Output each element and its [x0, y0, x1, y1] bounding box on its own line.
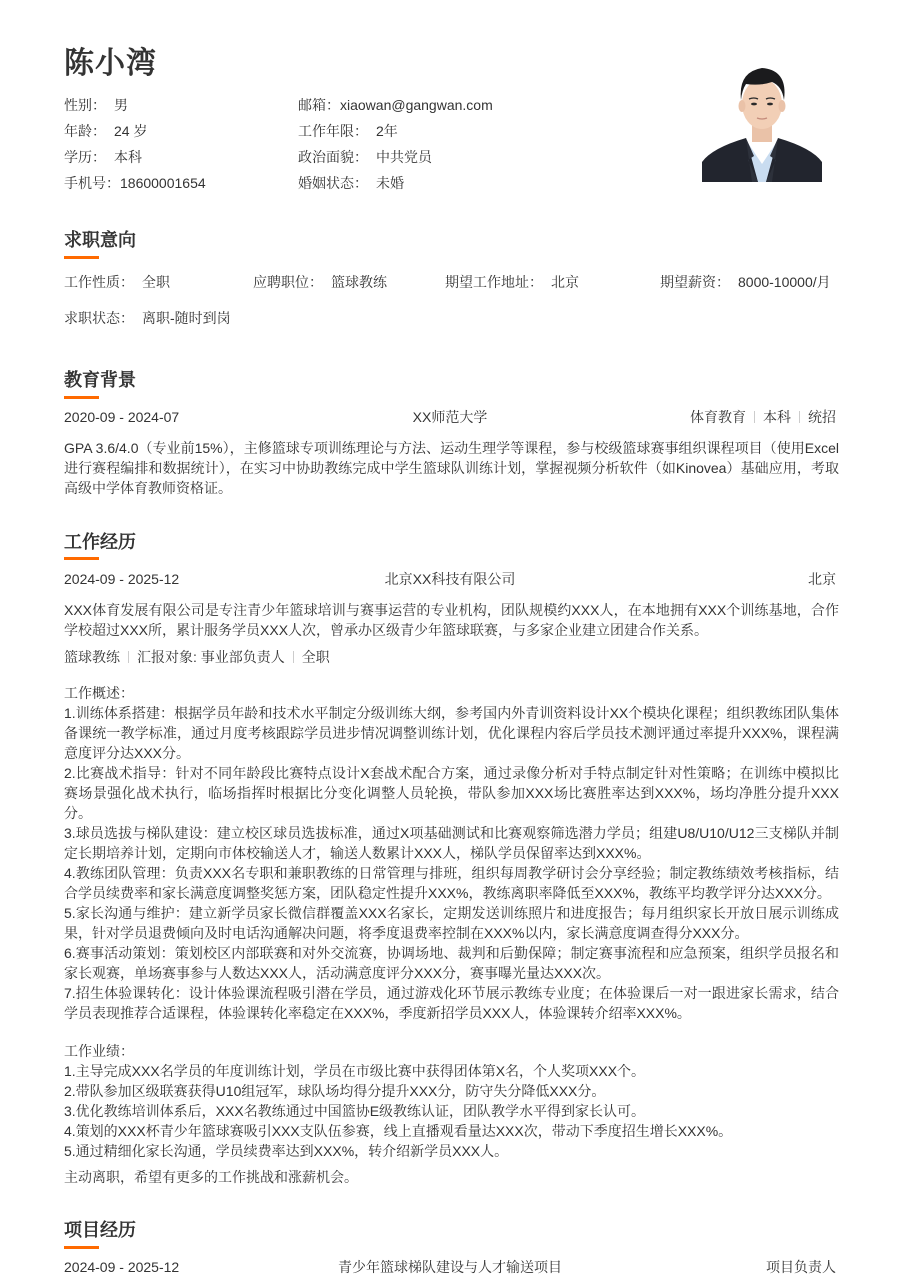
work-tag-report: 汇报对象: 事业部负责人	[137, 649, 285, 665]
intent-label: 求职状态：	[64, 310, 134, 326]
intent-label: 期望工作地址：	[445, 274, 543, 290]
info-work-years: 工作年限：2年	[298, 118, 398, 144]
info-gender: 性别：男	[64, 92, 128, 118]
profile-photo	[702, 52, 822, 182]
intent-value: 北京	[551, 274, 579, 290]
intent-value: 篮球教练	[331, 274, 387, 290]
info-label: 学历：	[64, 149, 106, 165]
company-description: XXX体育发展有限公司是专注青少年篮球培训与赛事运营的专业机构，团队规模约XXX…	[64, 600, 839, 640]
info-value: xiaowan@gangwan.com	[340, 97, 493, 113]
overview-item: 7.招生体验课转化：设计体验课流程吸引潜在学员，通过游戏化环节展示教练专业度；在…	[64, 983, 839, 1023]
overview-item: 6.赛事活动策划：策划校区内部联赛和对外交流赛，协调场地、裁判和后勤保障；制定赛…	[64, 943, 839, 983]
info-label: 婚姻状态：	[298, 175, 368, 191]
info-value: 男	[114, 97, 128, 113]
work-overview: 工作概述： 1.训练体系搭建：根据学员年龄和技术水平制定分级训练大纲，参考国内外…	[64, 683, 839, 1023]
overview-item: 2.比赛战术指导：针对不同年龄段比赛特点设计X套战术配合方案，通过录像分析对手特…	[64, 763, 839, 823]
info-value: 中共党员	[376, 149, 432, 165]
project-row: 2024-09 - 2025-12 青少年篮球梯队建设与人才输送项目 项目负责人	[64, 1256, 836, 1275]
info-value: 24 岁	[114, 123, 147, 139]
intent-label: 工作性质：	[64, 274, 134, 290]
leave-reason: 主动离职，希望有更多的工作挑战和涨薪机会。	[64, 1167, 839, 1187]
work-location: 北京	[808, 568, 836, 590]
info-education: 学历：本科	[64, 144, 142, 170]
section-title-education: 教育背景	[64, 366, 136, 392]
info-marital: 婚姻状态：未婚	[298, 170, 404, 196]
section-accent-bar	[64, 1246, 99, 1249]
intent-value: 离职-随时到岗	[142, 310, 231, 326]
info-value: 2年	[376, 123, 398, 139]
info-age: 年龄：24 岁	[64, 118, 147, 144]
info-value: 本科	[114, 149, 142, 165]
section-title-work: 工作经历	[64, 528, 136, 554]
work-tag-title: 篮球教练	[64, 649, 120, 665]
info-label: 年龄：	[64, 123, 106, 139]
overview-item: 3.球员选拔与梯队建设：建立校区球员选拔标准，通过X项基础测试和比赛观察筛选潜力…	[64, 823, 839, 863]
divider	[799, 411, 800, 423]
divider	[293, 651, 294, 663]
education-row: 2020-09 - 2024-07 XX师范大学 体育教育本科统招	[64, 406, 836, 428]
section-title-job-intent: 求职意向	[64, 226, 136, 252]
info-label: 工作年限：	[298, 123, 368, 139]
achievement-item: 5.通过精细化家长沟通，学员续费率达到XXX%，转介绍新学员XXX人。	[64, 1141, 839, 1161]
project-name: 青少年篮球梯队建设与人才输送项目	[64, 1256, 836, 1275]
overview-title: 工作概述：	[64, 683, 839, 703]
overview-item: 5.家长沟通与维护：建立新学员家长微信群覆盖XXX名家长，定期发送训练照片和进度…	[64, 903, 839, 943]
achievements-title: 工作业绩：	[64, 1041, 839, 1061]
achievement-item: 4.策划的XXX杯青少年篮球赛吸引XXX支队伍参赛，线上直播观看量达XXX次，带…	[64, 1121, 839, 1141]
achievement-item: 2.带队参加区级联赛获得U10组冠军，球队场均得分提升XXX分，防守失分降低XX…	[64, 1081, 839, 1101]
section-accent-bar	[64, 256, 99, 259]
education-type: 统招	[808, 409, 836, 425]
intent-status: 求职状态：离职-随时到岗	[64, 307, 231, 329]
divider	[754, 411, 755, 423]
info-value: 18600001654	[120, 175, 206, 191]
info-label: 性别：	[64, 97, 106, 113]
info-label: 邮箱：	[298, 97, 340, 113]
info-label: 政治面貌：	[298, 149, 368, 165]
work-company: 北京XX科技有限公司	[64, 568, 836, 590]
project-role: 项目负责人	[766, 1256, 836, 1275]
education-degree: 本科	[763, 409, 791, 425]
intent-value: 8000-10000/月	[738, 274, 831, 290]
education-description: GPA 3.6/4.0（专业前15%），主修篮球专项训练理论与方法、运动生理学等…	[64, 438, 839, 498]
section-title-project: 项目经历	[64, 1216, 136, 1242]
intent-location: 期望工作地址：北京	[445, 271, 579, 293]
work-row: 2024-09 - 2025-12 北京XX科技有限公司 北京	[64, 568, 836, 590]
achievement-item: 1.主导完成XXX名学员的年度训练计划，学员在市级比赛中获得团体第X名，个人奖项…	[64, 1061, 839, 1081]
work-tag-type: 全职	[302, 649, 330, 665]
education-meta: 体育教育本科统招	[690, 406, 836, 428]
overview-item: 1.训练体系搭建：根据学员年龄和技术水平制定分级训练大纲，参考国内外青训资料设计…	[64, 703, 839, 763]
intent-position: 应聘职位：篮球教练	[253, 271, 387, 293]
info-phone: 手机号：18600001654	[64, 170, 206, 196]
overview-item: 4.教练团队管理：负责XXX名专职和兼职教练的日常管理与排班，组织每周教学研讨会…	[64, 863, 839, 903]
section-accent-bar	[64, 396, 99, 399]
work-achievements: 工作业绩： 1.主导完成XXX名学员的年度训练计划，学员在市级比赛中获得团体第X…	[64, 1041, 839, 1161]
info-value: 未婚	[376, 175, 404, 191]
work-tags: 篮球教练汇报对象: 事业部负责人全职	[64, 647, 330, 667]
intent-job-type: 工作性质：全职	[64, 271, 170, 293]
intent-salary: 期望薪资：8000-10000/月	[660, 271, 831, 293]
intent-label: 应聘职位：	[253, 274, 323, 290]
info-email: 邮箱：xiaowan@gangwan.com	[298, 92, 493, 118]
section-accent-bar	[64, 557, 99, 560]
education-major: 体育教育	[690, 409, 746, 425]
divider	[128, 651, 129, 663]
achievement-item: 3.优化教练培训体系后，XXX名教练通过中国篮协E级教练认证，团队教学水平得到家…	[64, 1101, 839, 1121]
intent-label: 期望薪资：	[660, 274, 730, 290]
candidate-name: 陈小湾	[64, 38, 157, 82]
info-label: 手机号：	[64, 175, 120, 191]
intent-value: 全职	[142, 274, 170, 290]
info-political: 政治面貌：中共党员	[298, 144, 432, 170]
avatar-icon	[702, 52, 822, 182]
